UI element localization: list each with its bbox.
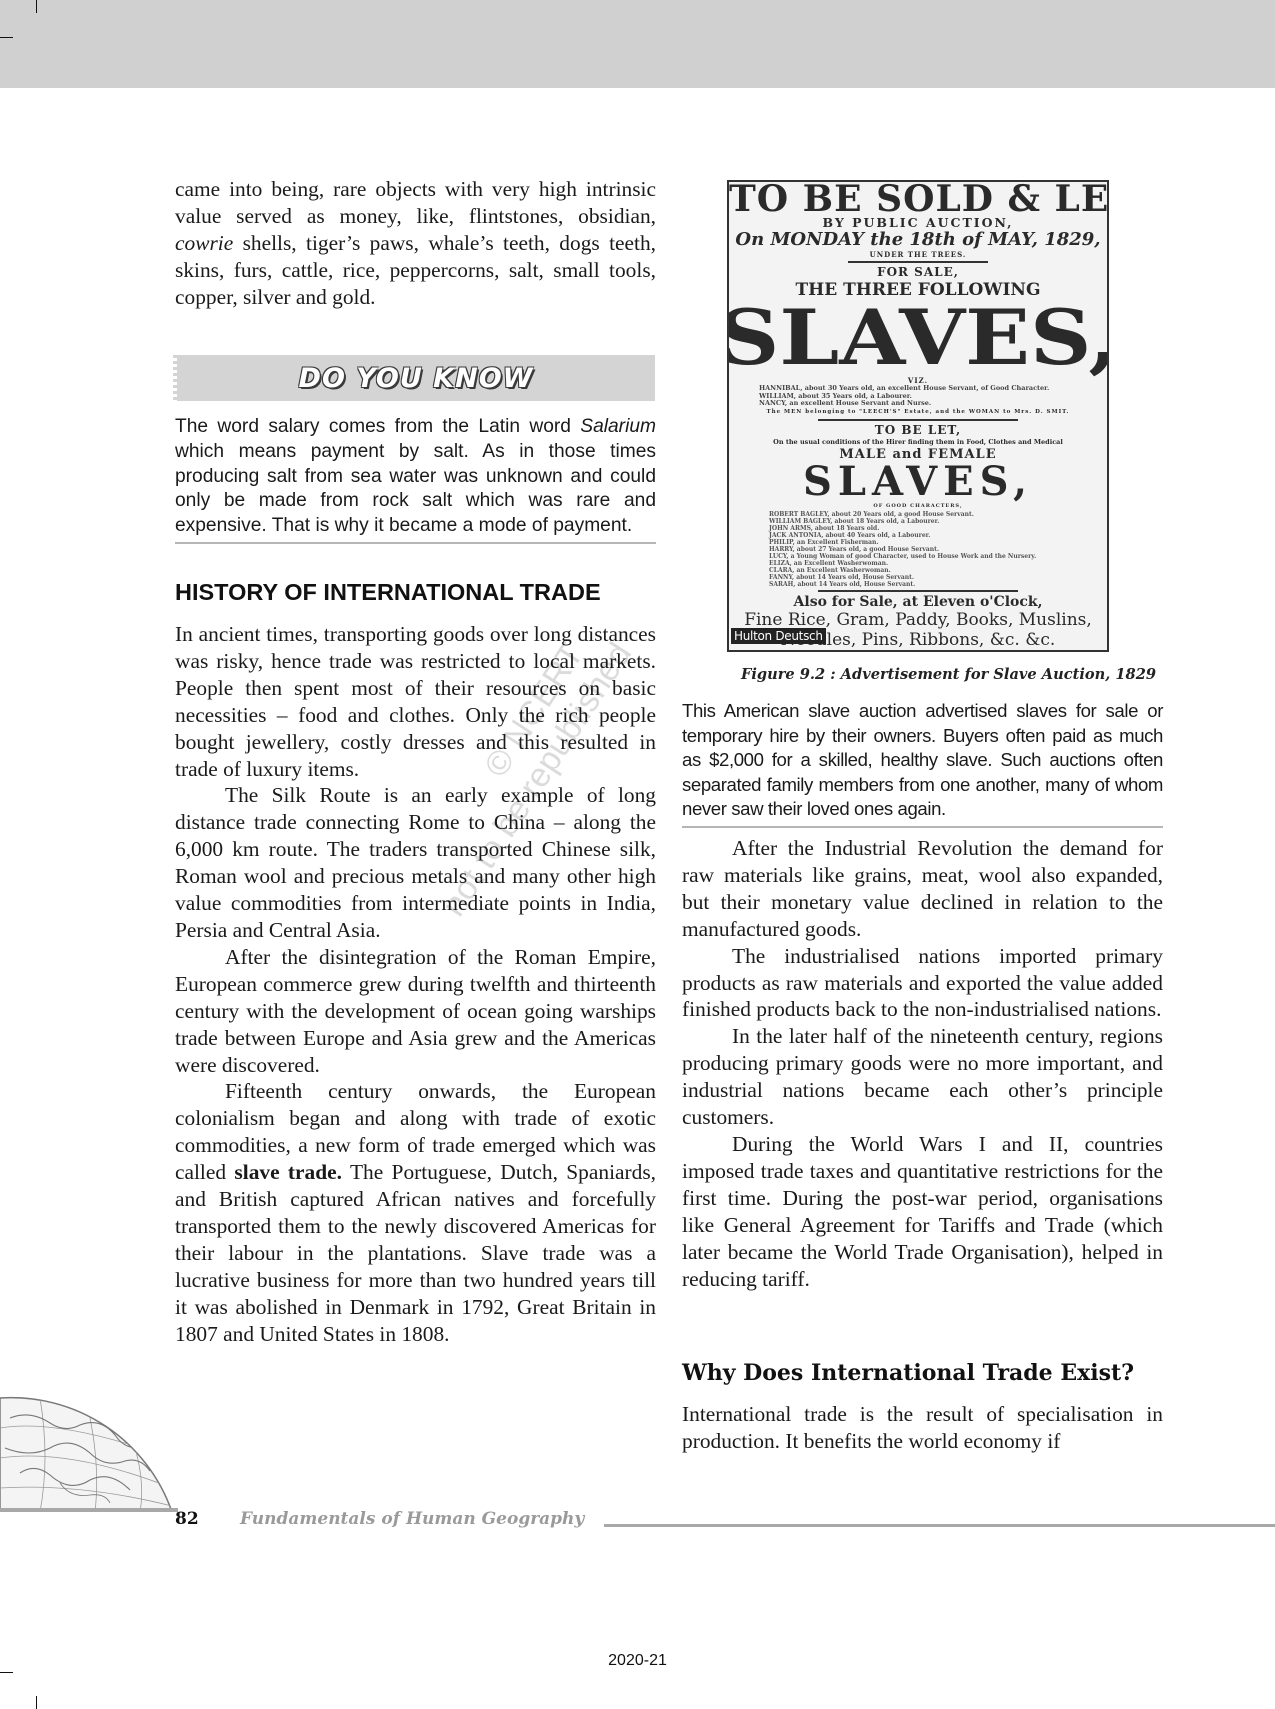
paragraph-industrial-revolution: After the Industrial Revolution the dema… — [682, 835, 1163, 943]
poster-slaves-medium: SLAVES, — [729, 462, 1107, 502]
history-body-right: After the Industrial Revolution the dema… — [682, 835, 1163, 1292]
do-you-know-title: DO YOU KNOW — [299, 363, 534, 394]
page-number: 82 — [175, 1509, 199, 1529]
section-heading-history: HISTORY OF INTERNATIONAL TRADE — [175, 579, 601, 606]
slave-auction-poster-image: TO BE SOLD & LET BY PUBLIC AUCTION, On M… — [727, 180, 1109, 652]
do-you-know-banner: DO YOU KNOW — [177, 355, 655, 401]
figure-description-bottom-rule — [682, 826, 1163, 828]
do-you-know-bottom-rule — [175, 542, 656, 544]
paragraph-specialisation: International trade is the result of spe… — [682, 1401, 1163, 1455]
edition-year: 2020-21 — [0, 1652, 1275, 1670]
crop-mark-top-left-vertical — [36, 0, 37, 13]
bold-term-slave-trade: slave trade. — [234, 1160, 342, 1184]
crop-mark-bottom-left-horizontal — [0, 1672, 13, 1673]
paragraph-world-wars: During the World Wars I and II, countrie… — [682, 1131, 1163, 1292]
paragraph-industrialised-nations: The industrialised nations imported prim… — [682, 943, 1163, 1024]
globe-map-decoration-icon — [0, 1388, 178, 1512]
italic-term-salarium: Salarium — [580, 416, 656, 437]
poster-slaves-large: SLAVES, — [727, 300, 1109, 376]
intro-paragraph: came into being, rare objects with very … — [175, 176, 656, 311]
do-you-know-text: The word salary comes from the Latin wor… — [175, 415, 656, 539]
history-body-left: In ancient times, transporting goods ove… — [175, 621, 656, 1347]
crop-mark-top-left-horizontal — [0, 37, 13, 38]
italic-term-cowrie: cowrie — [175, 231, 233, 255]
paragraph-nineteenth-century: In the later half of the nineteenth cent… — [682, 1023, 1163, 1131]
paragraph-slave-trade: Fifteenth century onwards, the European … — [175, 1078, 656, 1347]
crop-mark-bottom-left-vertical — [36, 1696, 37, 1709]
subheading-why-trade-exists: Why Does International Trade Exist? — [682, 1360, 1134, 1386]
top-gray-bar — [0, 0, 1275, 88]
figure-caption: Figure 9.2 : Advertisement for Slave Auc… — [690, 666, 1156, 683]
footer-rule — [604, 1524, 1275, 1527]
figure-description: This American slave auction advertised s… — [682, 699, 1163, 822]
photo-credit: Hulton Deutsch — [731, 628, 826, 644]
paragraph-silk-route: The Silk Route is an early example of lo… — [175, 782, 656, 943]
book-title: Fundamentals of Human Geography — [240, 1509, 584, 1529]
poster-headline: TO BE SOLD & LET — [729, 182, 1107, 216]
paragraph-ancient-times: In ancient times, transporting goods ove… — [175, 621, 656, 782]
paragraph-roman-empire: After the disintegration of the Roman Em… — [175, 944, 656, 1079]
